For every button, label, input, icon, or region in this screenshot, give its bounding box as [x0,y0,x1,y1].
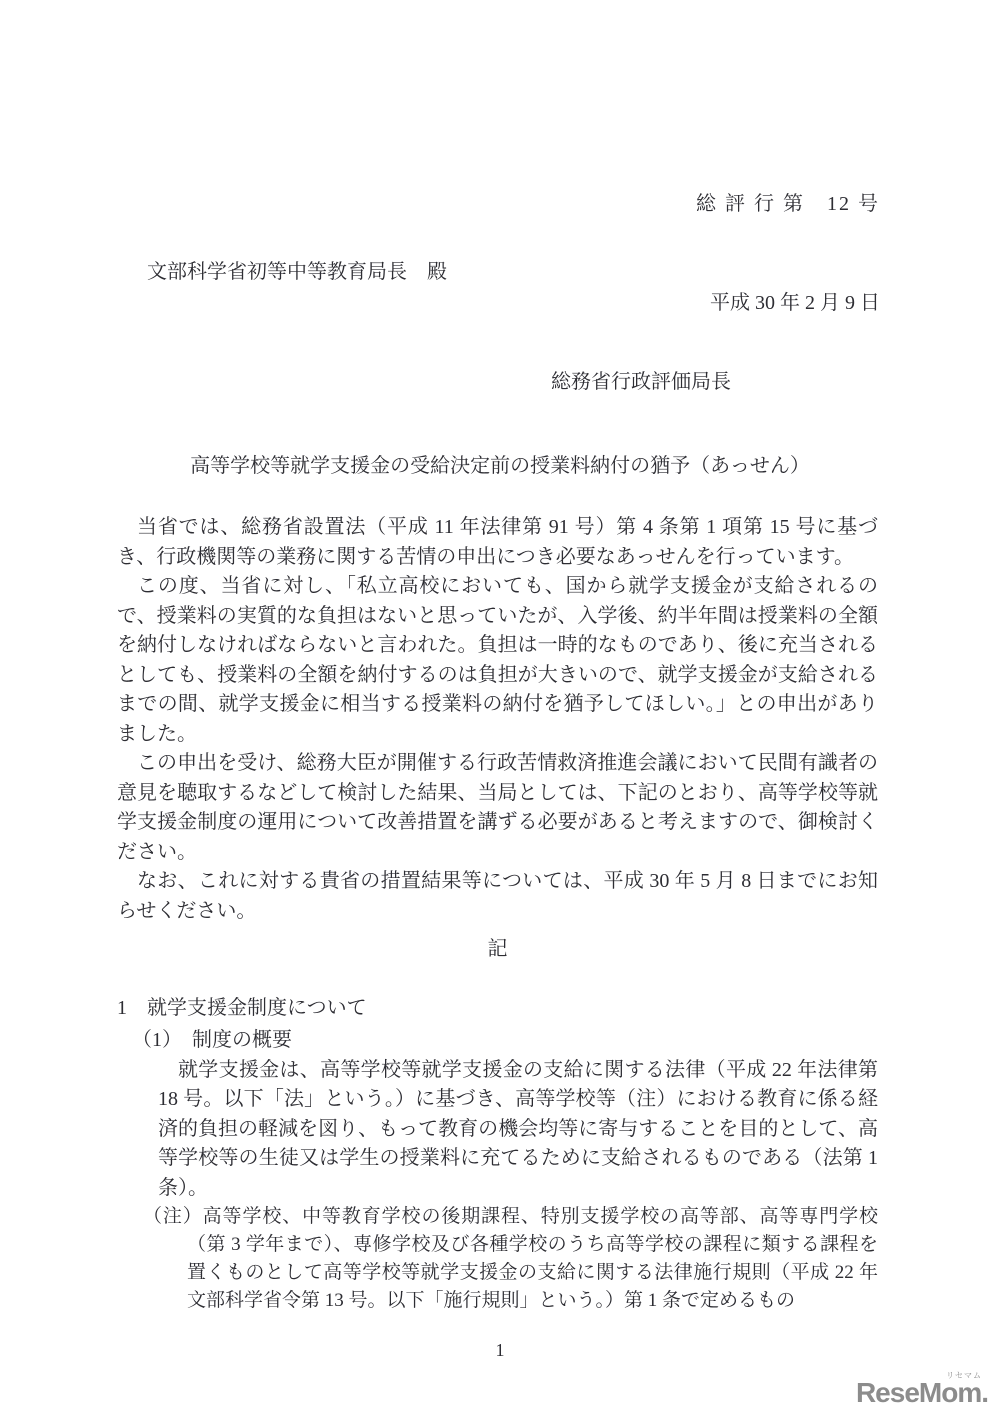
document-title: 高等学校等就学支援金の受給決定前の授業料納付の猶予（あっせん） [0,451,1000,481]
document-header: 総 評 行 第 12 号 平成 30 年 2 月 9 日 [696,122,880,386]
resemom-watermark: リセマム ReseMom. [856,1377,988,1409]
paragraph-4: なお、これに対する貴省の措置結果等については、平成 30 年 5 月 8 日まで… [117,867,878,926]
paragraph-1: 当省では、総務省設置法（平成 11 年法律第 91 号）第 4 条第 1 項第 … [117,513,878,572]
doc-date: 平成 30 年 2 月 9 日 [696,287,880,320]
logo-dot: . [981,1377,988,1408]
doc-number: 総 評 行 第 12 号 [696,188,880,221]
document-page: 総 評 行 第 12 号 平成 30 年 2 月 9 日 文部科学省初等中等教育… [0,0,1000,1415]
watermark-ruby-text: リセマム [946,1370,982,1381]
paragraph-2: この度、当省に対し、「私立高校においても、国から就学支援金が支給されるので、授業… [117,572,878,749]
section-1-1-body: 就学支援金は、高等学校等就学支援金の支給に関する法律（平成 22 年法律第 18… [158,1056,878,1204]
section-1-1-heading: （1） 制度の概要 [132,1026,878,1056]
document-body: 当省では、総務省設置法（平成 11 年法律第 91 号）第 4 条第 1 項第 … [117,513,878,1315]
logo-text: ReseMom [856,1377,981,1408]
page-number: 1 [0,1340,1000,1361]
ki-marker: 記 [117,935,878,965]
section-1-heading: 1 就学支援金制度について [117,994,878,1024]
section-1-1-note: （注）高等学校、中等教育学校の後期課程、特別支援学校の高等部、高等専門学校（第 … [143,1203,878,1315]
sender: 総務省行政評価局長 [551,367,731,397]
paragraph-3: この申出を受け、総務大臣が開催する行政苦情救済推進会議において民間有識者の意見を… [117,749,878,867]
addressee: 文部科学省初等中等教育局長 殿 [147,257,447,287]
resemom-logo: ReseMom. [856,1377,988,1408]
